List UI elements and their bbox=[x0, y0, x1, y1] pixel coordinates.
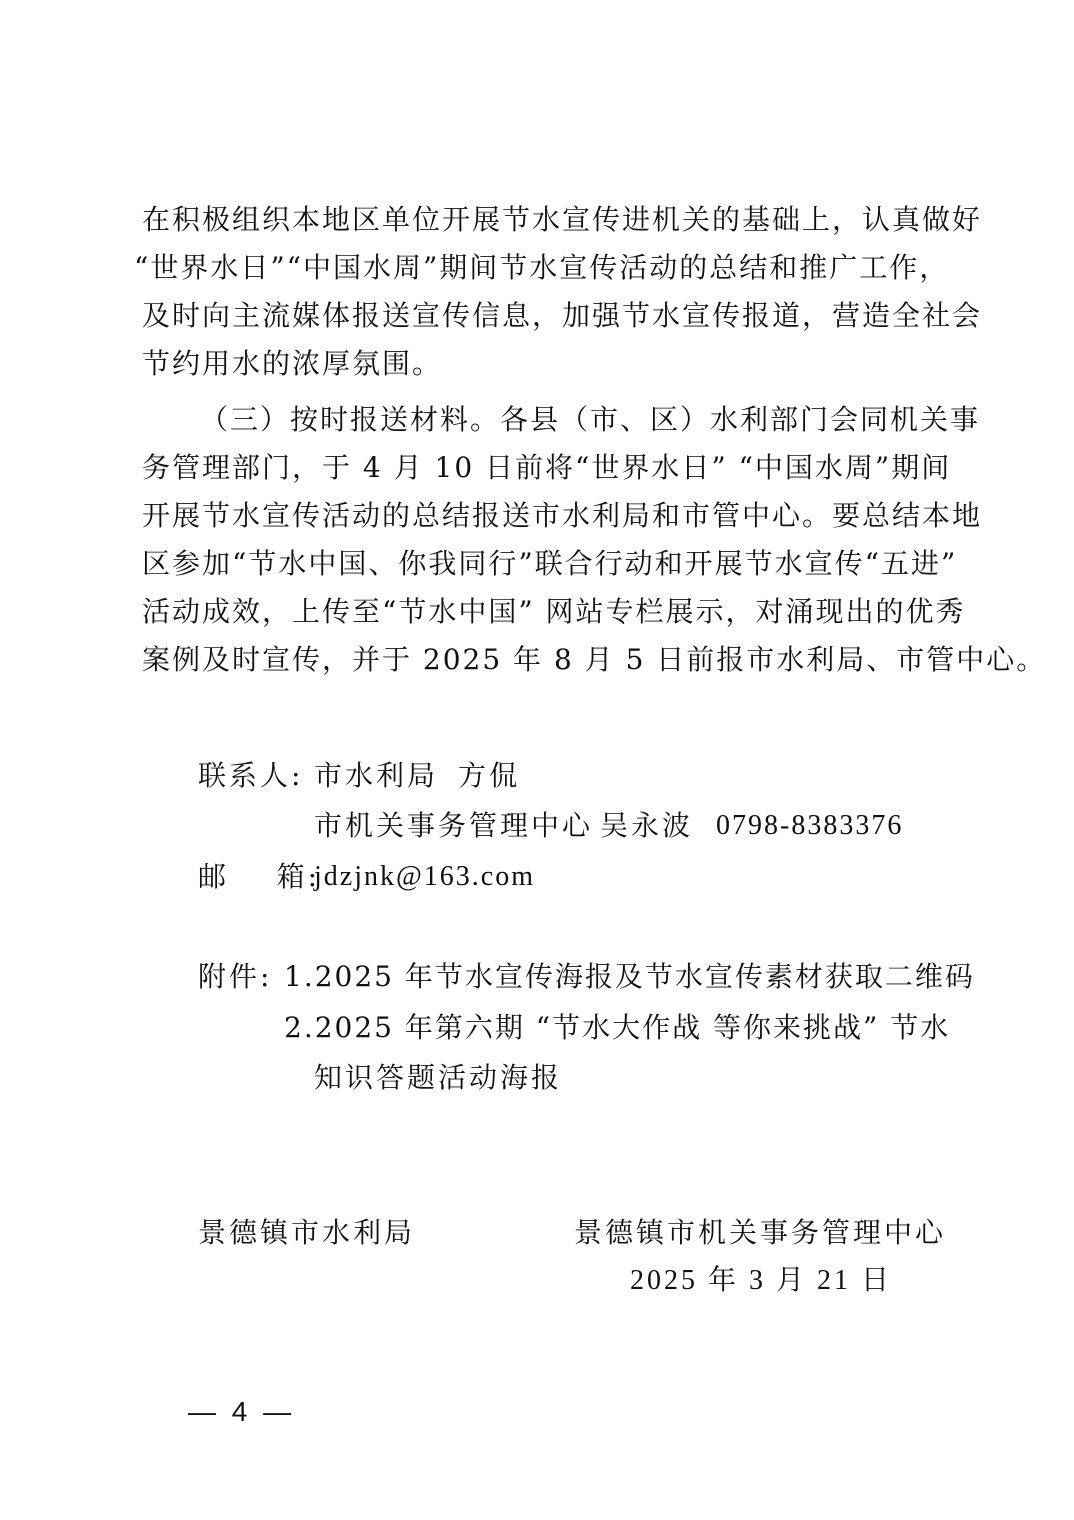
contacts-label: 联系人: bbox=[198, 758, 303, 794]
paragraph-line: 活动成效，上传至“节水中国” 网站专栏展示，对涌现出的优秀 bbox=[142, 594, 934, 630]
email-address[interactable]: jdzjnk@163.com bbox=[314, 859, 535, 895]
contact-org: 市机关事务管理中心 bbox=[314, 808, 593, 844]
contact-name: 吴永波 bbox=[600, 808, 693, 844]
paragraph-line: 开展节水宣传活动的总结报送市水利局和市管中心。要总结本地 bbox=[142, 498, 934, 534]
paragraph-line: 在积极组织本地区单位开展节水宣传进机关的基础上，认真做好 bbox=[142, 202, 934, 238]
contact-phone: 0798-8383376 bbox=[716, 808, 903, 844]
email-label: 邮 箱: bbox=[198, 859, 320, 895]
signature-date: 2025 年 3 月 21 日 bbox=[630, 1263, 892, 1299]
contact-org: 市水利局 bbox=[314, 758, 438, 794]
paragraph-line: 及时向主流媒体报送宣传信息，加强节水宣传报道，营造全社会 bbox=[142, 298, 934, 334]
attachments-label: 附件: bbox=[198, 959, 272, 995]
document-page: 在积极组织本地区单位开展节水宣传进机关的基础上，认真做好 “世界水日”“中国水周… bbox=[0, 0, 1074, 1520]
paragraph-line: 节约用水的浓厚氛围。 bbox=[142, 346, 934, 382]
attachment-item: 1.2025 年节水宣传海报及节水宣传素材获取二维码 bbox=[284, 959, 975, 995]
section-three-heading-line: （三）按时报送材料。各县（市、区）水利部门会同机关事 bbox=[200, 402, 934, 438]
paragraph-line: “世界水日”“中国水周”期间节水宣传活动的总结和推广工作， bbox=[134, 250, 934, 286]
signature-right-org: 景德镇市机关事务管理中心 bbox=[574, 1215, 946, 1251]
paragraph-line: 务管理部门，于 4 月 10 日前将“世界水日” “中国水周”期间 bbox=[142, 450, 934, 486]
contact-name: 方侃 bbox=[458, 758, 520, 794]
paragraph-line: 区参加“节水中国、你我同行”联合行动和开展节水宣传“五进” bbox=[142, 546, 934, 582]
attachment-item-continuation: 知识答题活动海报 bbox=[314, 1060, 562, 1096]
page-number: — 4 — bbox=[188, 1394, 295, 1430]
attachment-item: 2.2025 年第六期 “节水大作战 等你来挑战” 节水 bbox=[284, 1010, 950, 1046]
signature-left-org: 景德镇市水利局 bbox=[198, 1215, 415, 1251]
paragraph-line: 案例及时宣传，并于 2025 年 8 月 5 日前报市水利局、市管中心。 bbox=[142, 642, 934, 678]
